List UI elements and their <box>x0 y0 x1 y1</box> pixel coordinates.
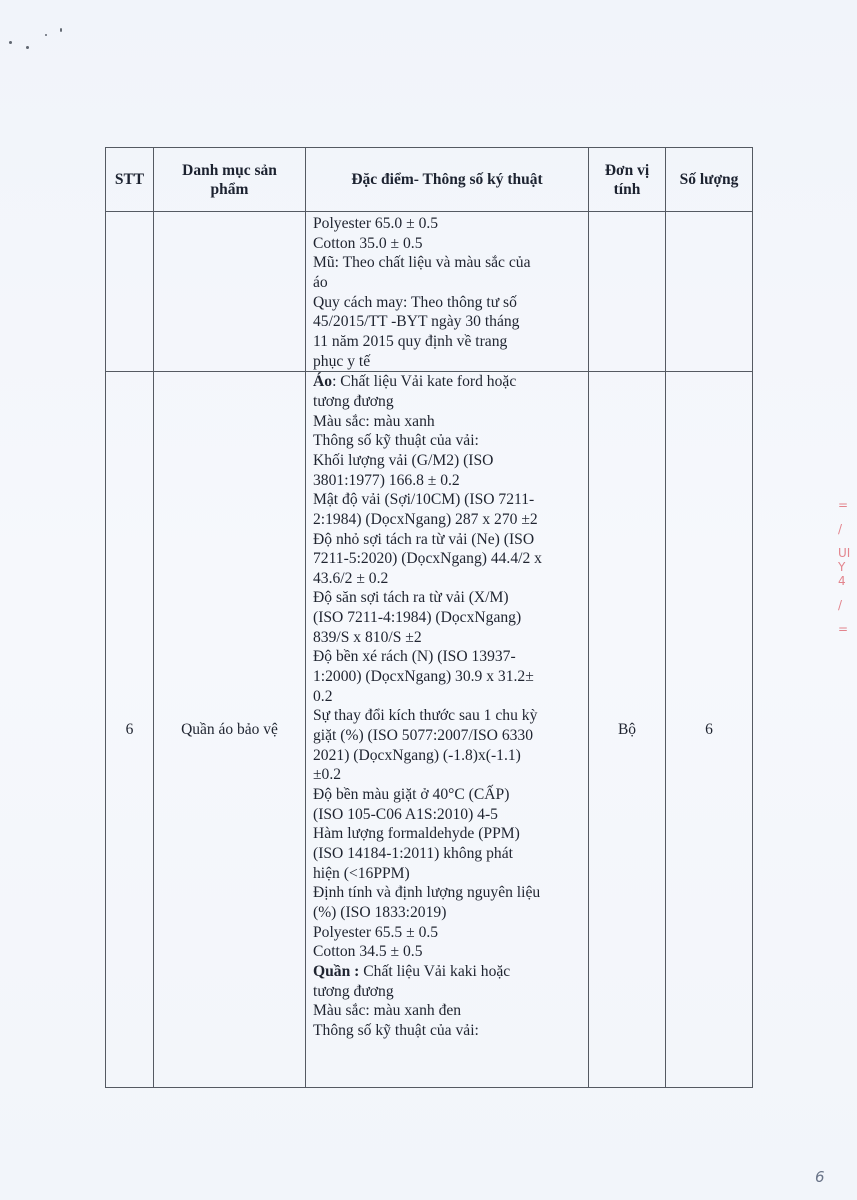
spec-line: 0.2 <box>313 687 584 707</box>
spec-line: ±0.2 <box>313 765 584 785</box>
table-header-row: STT Danh mục sản phẩm Đặc điểm- Thông số… <box>106 148 753 212</box>
spec-line: (%) (ISO 1833:2019) <box>313 903 584 923</box>
spec-line: (ISO 105-C06 A1S:2010) 4-5 <box>313 805 584 825</box>
spec-line: Polyester 65.5 ± 0.5 <box>313 923 584 943</box>
header-category: Danh mục sản phẩm <box>154 148 306 212</box>
spec-line-text: Chất liệu Vải kaki hoặc <box>359 963 510 980</box>
cell-category <box>154 212 306 372</box>
stamp-glyph: / <box>838 598 857 612</box>
spec-line: Mũ: Theo chất liệu và màu sắc của <box>313 253 584 273</box>
spec-line: Hàm lượng formaldehyde (PPM) <box>313 824 584 844</box>
cell-category: Quần áo bảo vệ <box>154 372 306 1088</box>
page-number: 6 <box>815 1168 825 1186</box>
spec-line: Áo: Chất liệu Vải kate ford hoặc <box>313 372 584 392</box>
spec-line-text: : Chất liệu Vải kate ford hoặc <box>332 373 516 390</box>
header-unit-text: Đơn vị tính <box>599 161 655 199</box>
spec-line: 839/S x 810/S ±2 <box>313 628 584 648</box>
spec-line: 11 năm 2015 quy định về trang <box>313 332 584 352</box>
cell-specs: Polyester 65.0 ± 0.5Cotton 35.0 ± 0.5Mũ:… <box>306 212 589 372</box>
spec-line: Quần : Chất liệu Vải kaki hoặc <box>313 962 584 982</box>
cell-specs: Áo: Chất liệu Vải kate ford hoặctương đư… <box>306 372 589 1088</box>
scan-specks <box>0 0 120 80</box>
header-specs: Đặc điểm- Thông số ký thuật <box>306 148 589 212</box>
cell-unit <box>589 212 666 372</box>
spec-line: Khối lượng vải (G/M2) (ISO <box>313 451 584 471</box>
spec-line: Màu sắc: màu xanh <box>313 412 584 432</box>
spec-line: 43.6/2 ± 0.2 <box>313 569 584 589</box>
header-quantity: Số lượng <box>666 148 753 212</box>
cell-unit: Bộ <box>589 372 666 1088</box>
spec-line-bold-label: Áo <box>313 373 332 390</box>
spec-line: 7211-5:2020) (DọcxNgang) 44.4/2 x <box>313 549 584 569</box>
cell-quantity: 6 <box>666 372 753 1088</box>
stamp-glyph: UI <box>838 546 857 560</box>
spec-line: Độ bền màu giặt ở 40°C (CẤP) <box>313 785 584 805</box>
spec-line: tương đương <box>313 982 584 1002</box>
cell-stt <box>106 212 154 372</box>
stamp-glyph: / <box>838 522 857 536</box>
spec-line: tương đương <box>313 392 584 412</box>
stamp-glyph: = <box>838 622 857 636</box>
table-row: 6Quần áo bảo vệÁo: Chất liệu Vải kate fo… <box>106 372 753 1088</box>
cell-stt: 6 <box>106 372 154 1088</box>
spec-line: phục y tế <box>313 352 584 372</box>
spec-line: 2:1984) (DọcxNgang) 287 x 270 ±2 <box>313 510 584 530</box>
spec-line: 2021) (DọcxNgang) (-1.8)x(-1.1) <box>313 746 584 766</box>
spec-line: Polyester 65.0 ± 0.5 <box>313 214 584 234</box>
spec-line: (ISO 7211-4:1984) (DọcxNgang) <box>313 608 584 628</box>
spec-line: 45/2015/TT -BYT ngày 30 tháng <box>313 312 584 332</box>
table-row: Polyester 65.0 ± 0.5Cotton 35.0 ± 0.5Mũ:… <box>106 212 753 372</box>
red-stamp-fragment: =/UIY4/= <box>838 488 857 638</box>
spec-line: 3801:1977) 166.8 ± 0.2 <box>313 471 584 491</box>
spec-line: Độ nhỏ sợi tách ra từ vải (Ne) (ISO <box>313 530 584 550</box>
spec-line: Độ săn sợi tách ra từ vải (X/M) <box>313 588 584 608</box>
product-spec-table: STT Danh mục sản phẩm Đặc điểm- Thông số… <box>105 147 753 1088</box>
spec-line: giặt (%) (ISO 5077:2007/ISO 6330 <box>313 726 584 746</box>
spec-line: Cotton 34.5 ± 0.5 <box>313 942 584 962</box>
spec-line: Thông số kỹ thuật của vải: <box>313 1021 584 1041</box>
spec-line: Mật độ vải (Sợi/10CM) (ISO 7211- <box>313 490 584 510</box>
spec-line-bold-label: Quần : <box>313 963 359 980</box>
spec-line: (ISO 14184-1:2011) không phát <box>313 844 584 864</box>
spec-line: áo <box>313 273 584 293</box>
spec-line: Định tính và định lượng nguyên liệu <box>313 883 584 903</box>
stamp-glyph: Y <box>838 560 857 574</box>
spec-line: Thông số kỹ thuật của vải: <box>313 431 584 451</box>
spec-line: Quy cách may: Theo thông tư số <box>313 293 584 313</box>
spec-line: Sự thay đổi kích thước sau 1 chu kỳ <box>313 706 584 726</box>
header-category-text: Danh mục sản phẩm <box>175 161 285 199</box>
spec-line: hiện (<16PPM) <box>313 864 584 884</box>
spec-line: 1:2000) (DọcxNgang) 30.9 x 31.2± <box>313 667 584 687</box>
cell-quantity <box>666 212 753 372</box>
spec-line: Độ bền xé rách (N) (ISO 13937- <box>313 647 584 667</box>
stamp-glyph: 4 <box>838 574 857 588</box>
header-unit: Đơn vị tính <box>589 148 666 212</box>
spec-line: Màu sắc: màu xanh đen <box>313 1001 584 1021</box>
stamp-glyph: = <box>838 498 857 512</box>
header-stt: STT <box>106 148 154 212</box>
spec-line: Cotton 35.0 ± 0.5 <box>313 234 584 254</box>
